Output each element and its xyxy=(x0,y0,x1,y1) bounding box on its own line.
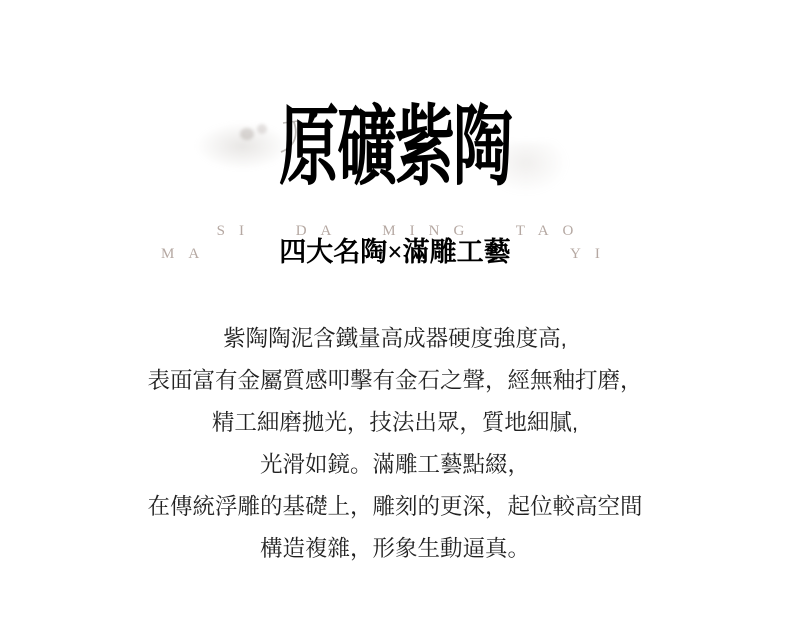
description-line: 構造複雜，形象生動逼真。 xyxy=(0,528,790,570)
product-intro-banner: 原礦紫陶 SI DA MING TAO MA YI 四大名陶×滿雕工藝 紫陶陶泥… xyxy=(0,0,790,626)
product-subtitle: 四大名陶×滿雕工藝 xyxy=(0,237,790,268)
description-line: 紫陶陶泥含鐵量高成器硬度強度高, xyxy=(0,318,790,360)
description-line: 精工細磨拋光，技法出眾，質地細膩, xyxy=(0,402,790,444)
product-description: 紫陶陶泥含鐵量高成器硬度強度高, 表面富有金屬質感叩擊有金石之聲，經無釉打磨， … xyxy=(0,318,790,570)
product-title: 原礦紫陶 xyxy=(0,104,790,191)
description-line: 光滑如鏡。滿雕工藝點綴， xyxy=(0,444,790,486)
description-line: 在傳統浮雕的基礎上，雕刻的更深，起位較高空間 xyxy=(0,486,790,528)
description-line: 表面富有金屬質感叩擊有金石之聲，經無釉打磨， xyxy=(0,360,790,402)
